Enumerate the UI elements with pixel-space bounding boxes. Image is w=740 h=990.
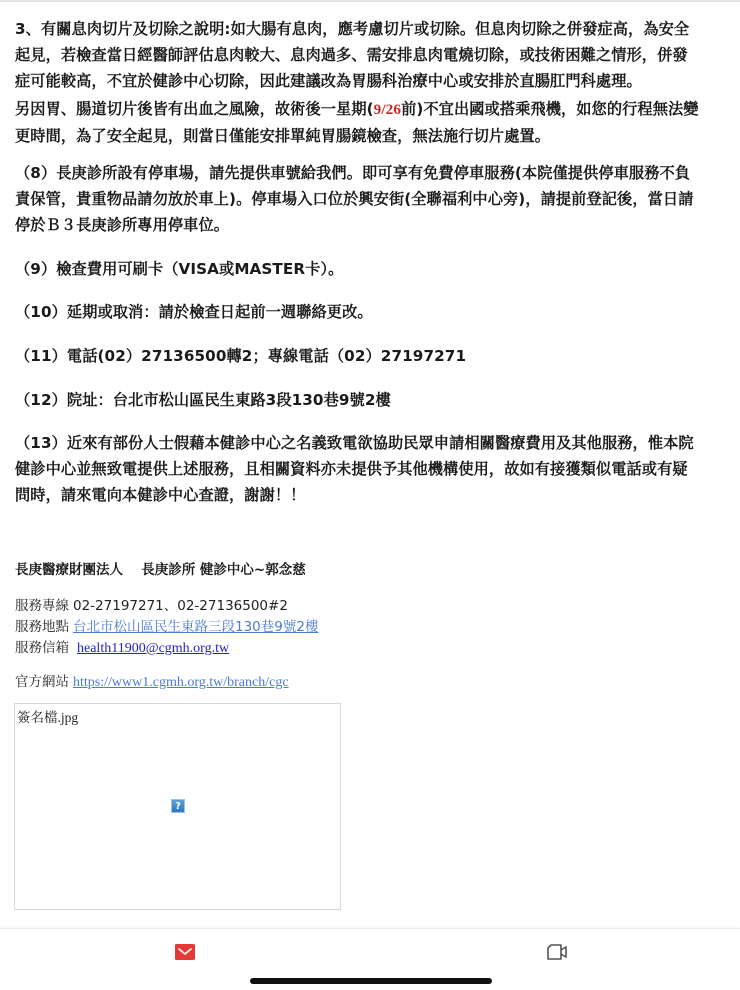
item-3-line-2: 起見，若檢查當日經醫師評估息肉較大、息肉過多、需安排息肉電燒切除，或技術困難之情… [15,42,730,68]
bottom-toolbar [0,928,740,990]
home-indicator[interactable] [250,978,492,984]
phone-value[interactable]: 02-27197271、02-27136500#2 [73,598,288,614]
website-label: 官方網站 [15,674,69,690]
email-label: 服務信箱 [15,640,69,656]
item-9-payment: （9）檢查費用可刷卡（VISA或MASTER卡）。 [15,256,730,282]
item-8-line-2: 責保管，貴重物品請勿放於車上)。停車場入口位於興安街(全聯福利中心旁)，請提前登… [15,186,730,212]
image-alt-text: 簽名檔.jpg [17,706,78,726]
item-10-reschedule: （10）延期或取消：請於檢查日起前一週聯絡更改。 [15,299,730,325]
item-3-line-5: 更時間，為了安全起見，則當日僅能安排單純胃腸鏡檢查，無法施行切片處置。 [15,123,730,149]
item-3-line-4: 另因胃、腸道切片後皆有出血之風險，故術後一星期(9/26前)不宜出國或搭乘飛機，… [15,96,730,123]
item-13-paragraph: （13）近來有部份人士假藉本健診中心之名義致電欲協助民眾申請相關醫療費用及其他服… [15,430,730,508]
item-13-line-2: 健診中心並無致電提供上述服務，且相關資料亦未提供予其他機構使用，故如有接獲類似電… [15,456,730,482]
top-divider [0,0,740,2]
item-13-line-3: 問時，請來電向本健診中心查證，謝謝！！ [15,482,730,508]
signature-website: 官方網站https://www1.cgmh.org.tw/branch/cgc [15,670,289,691]
email-link[interactable]: health11900@cgmh.org.tw [77,641,229,656]
item-8-line-1: （8）長庚診所設有停車場，請先提供車號給我們。即可享有免費停車服務(本院僅提供停… [15,160,730,186]
return-date-highlight: 9/26 [374,101,401,118]
item-3-line-4-post: 前)不宜出國或搭乘飛機，如您的行程無法變 [401,100,699,118]
item-3-paragraph: 3、有關息肉切片及切除之說明:如大腸有息肉，應考慮切片或切除。但息肉切除之併發症… [15,16,730,149]
item-11-phone: （11）電話(02）27136500轉2；專線電話（02）27197271 [15,343,730,369]
video-camera-icon [546,943,568,961]
website-link[interactable]: https://www1.cgmh.org.tw/branch/cgc [73,675,289,690]
signature-title: 長庚醫療財團法人 長庚診所 健診中心~郭念慈 [15,558,306,578]
address-link[interactable]: 台北市松山區民生東路三段130巷9號2樓 [73,619,318,635]
address-label: 服務地點 [15,619,69,635]
signature-image-placeholder[interactable]: 簽名檔.jpg ? [14,703,341,910]
signature-phone: 服務專線02-27197271、02-27136500#2 [15,594,288,614]
video-call-button[interactable] [546,943,568,961]
item-8-paragraph: （8）長庚診所設有停車場，請先提供車號給我們。即可享有免費停車服務(本院僅提供停… [15,160,730,238]
phone-label: 服務專線 [15,598,69,614]
item-3-line-4-pre: 另因胃、腸道切片後皆有出血之風險，故術後一星期( [15,100,374,118]
item-8-line-3: 停於Ｂ３長庚診所專用停車位。 [15,212,730,238]
mail-button[interactable] [175,944,195,960]
item-3-line-1: 3、有關息肉切片及切除之說明:如大腸有息肉，應考慮切片或切除。但息肉切除之併發症… [15,16,730,42]
signature-email: 服務信箱health11900@cgmh.org.tw [15,636,229,657]
item-3-line-3: 症可能較高，不宜於健診中心切除，因此建議改為胃腸科治療中心或安排於直腸肛門科處理… [15,68,730,94]
broken-image-icon: ? [171,799,185,813]
item-13-line-1: （13）近來有部份人士假藉本健診中心之名義致電欲協助民眾申請相關醫療費用及其他服… [15,430,730,456]
signature-address: 服務地點台北市松山區民生東路三段130巷9號2樓 [15,615,318,635]
item-12-address: （12）院址：台北市松山區民生東路3段130巷9號2樓 [15,387,730,413]
mail-icon [175,944,195,960]
